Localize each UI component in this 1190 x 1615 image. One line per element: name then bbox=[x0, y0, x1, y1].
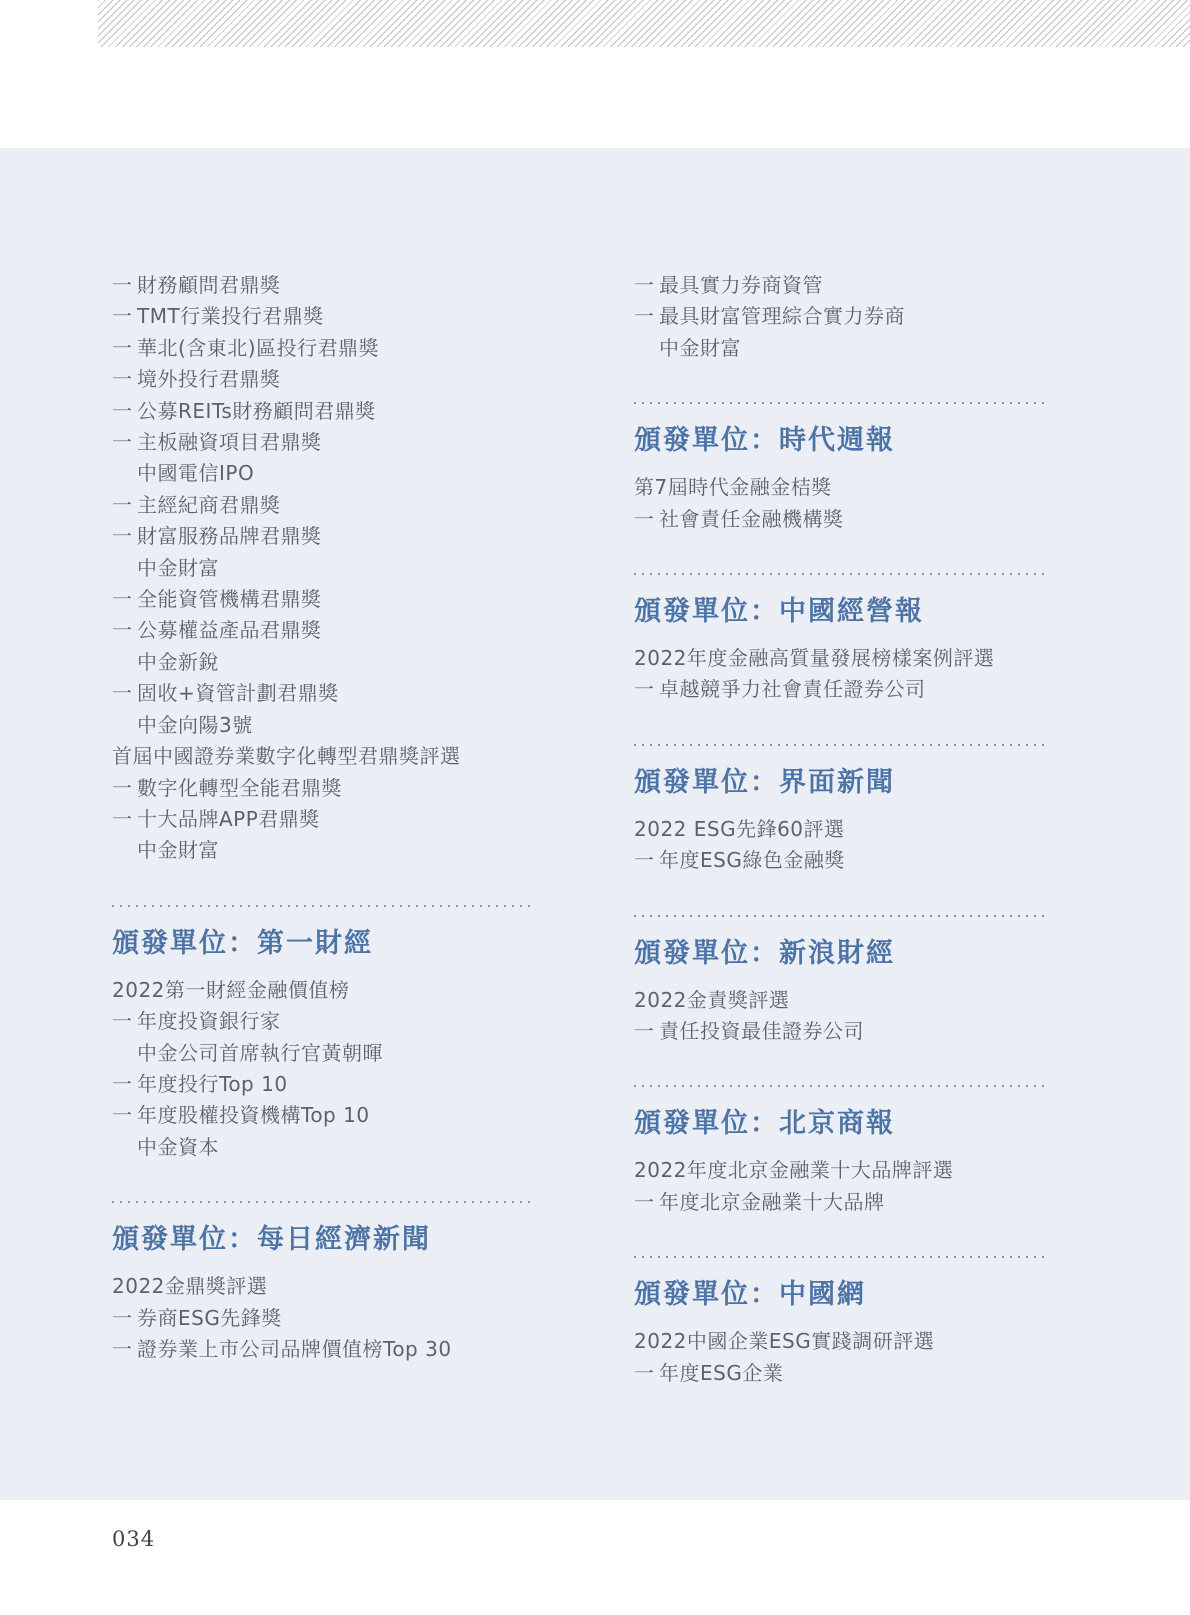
award-item-text: 證券業上市公司品牌價值榜Top 30 bbox=[137, 1334, 452, 1365]
award-item-text: 華北(含東北)區投行君鼎獎 bbox=[137, 333, 379, 364]
award-item-text: 2022年度北京金融業十大品牌評選 bbox=[634, 1155, 953, 1186]
dotted-separator bbox=[634, 915, 1050, 917]
award-item-text: 社會責任金融機構獎 bbox=[659, 504, 844, 535]
dash-bullet-icon: 一 bbox=[634, 1187, 659, 1218]
dash-bullet-icon: 一 bbox=[634, 674, 659, 705]
dash-bullet-icon: 一 bbox=[634, 845, 659, 876]
award-item: 一年度投行Top 10 bbox=[112, 1069, 534, 1100]
award-item-text: 境外投行君鼎獎 bbox=[137, 364, 281, 395]
award-item-text: 2022 ESG先鋒60評選 bbox=[634, 814, 845, 845]
award-item-text: 卓越競爭力社會責任證券公司 bbox=[659, 674, 926, 705]
award-item: 一年度投資銀行家 bbox=[112, 1006, 534, 1037]
dash-bullet-icon: 一 bbox=[634, 1016, 659, 1047]
award-item-text: 年度ESG企業 bbox=[659, 1358, 783, 1389]
award-item-text: 財富服務品牌君鼎獎 bbox=[137, 521, 322, 552]
dotted-separator bbox=[634, 1085, 1050, 1087]
section-heading: 頒發單位：中國經營報 bbox=[634, 595, 1050, 629]
award-list: 一財務顧問君鼎獎一TMT行業投行君鼎獎一華北(含東北)區投行君鼎獎一境外投行君鼎… bbox=[112, 270, 534, 867]
dash-bullet-icon: 一 bbox=[634, 1358, 659, 1389]
section-heading: 頒發單位：中國網 bbox=[634, 1278, 1050, 1312]
dash-bullet-icon: 一 bbox=[634, 270, 659, 301]
award-item: 2022年度北京金融業十大品牌評選 bbox=[634, 1155, 1050, 1186]
award-item-text: 年度ESG綠色金融獎 bbox=[659, 845, 845, 876]
award-item: 一公募REITs財務顧問君鼎獎 bbox=[112, 396, 534, 427]
award-item-text: 中金財富 bbox=[137, 553, 219, 584]
award-item: 一責任投資最佳證券公司 bbox=[634, 1016, 1050, 1047]
award-item: 一年度股權投資機構Top 10 bbox=[112, 1100, 534, 1131]
award-item-text: 中金資本 bbox=[137, 1132, 219, 1163]
award-item: 2022中國企業ESG實踐調研評選 bbox=[634, 1326, 1050, 1357]
award-list: 2022年度金融高質量發展榜樣案例評選一卓越競爭力社會責任證券公司 bbox=[634, 643, 1050, 706]
award-item-text: 固收+資管計劃君鼎獎 bbox=[137, 678, 339, 709]
award-item-text: 最具財富管理綜合實力券商 bbox=[659, 301, 905, 332]
award-item: 中國電信IPO bbox=[112, 458, 534, 489]
award-item-text: 十大品牌APP君鼎獎 bbox=[137, 804, 320, 835]
award-item-text: 公募權益產品君鼎獎 bbox=[137, 615, 322, 646]
award-item-text: 券商ESG先鋒獎 bbox=[137, 1303, 282, 1334]
award-item-text: 中金向陽3號 bbox=[137, 710, 253, 741]
dash-bullet-icon: 一 bbox=[112, 1069, 137, 1100]
award-item-text: 財務顧問君鼎獎 bbox=[137, 270, 281, 301]
award-item: 一年度ESG綠色金融獎 bbox=[634, 845, 1050, 876]
award-item-text: 年度股權投資機構Top 10 bbox=[137, 1100, 370, 1131]
award-item-text: 第7屆時代金融金桔獎 bbox=[634, 472, 832, 503]
award-item-text: 最具實力券商資管 bbox=[659, 270, 823, 301]
dotted-separator bbox=[634, 573, 1050, 575]
award-item: 一主板融資項目君鼎獎 bbox=[112, 427, 534, 458]
award-item-text: 2022金鼎獎評選 bbox=[112, 1271, 267, 1302]
award-item: 一財務顧問君鼎獎 bbox=[112, 270, 534, 301]
dash-bullet-icon: 一 bbox=[112, 270, 137, 301]
dotted-separator bbox=[634, 1256, 1050, 1258]
award-item-text: 年度投行Top 10 bbox=[137, 1069, 288, 1100]
dash-bullet-icon: 一 bbox=[112, 364, 137, 395]
award-item-text: 全能資管機構君鼎獎 bbox=[137, 584, 322, 615]
award-item: 一最具財富管理綜合實力券商 bbox=[634, 301, 1050, 332]
award-item: 一財富服務品牌君鼎獎 bbox=[112, 521, 534, 552]
dash-bullet-icon: 一 bbox=[634, 504, 659, 535]
award-item: 一卓越競爭力社會責任證券公司 bbox=[634, 674, 1050, 705]
section-heading: 頒發單位：界面新聞 bbox=[634, 766, 1050, 800]
diagonal-hatch-pattern bbox=[98, 0, 1190, 47]
award-item-text: 中金公司首席執行官黃朝暉 bbox=[137, 1038, 383, 1069]
award-item-text: TMT行業投行君鼎獎 bbox=[137, 301, 324, 332]
award-list: 2022年度北京金融業十大品牌評選一年度北京金融業十大品牌 bbox=[634, 1155, 1050, 1218]
section-heading: 頒發單位：北京商報 bbox=[634, 1107, 1050, 1141]
dash-bullet-icon: 一 bbox=[112, 1006, 137, 1037]
award-item: 2022第一財經金融價值榜 bbox=[112, 975, 534, 1006]
award-item-text: 中國電信IPO bbox=[137, 458, 254, 489]
award-item: 2022年度金融高質量發展榜樣案例評選 bbox=[634, 643, 1050, 674]
award-item-text: 責任投資最佳證券公司 bbox=[659, 1016, 864, 1047]
award-list: 2022中國企業ESG實踐調研評選一年度ESG企業 bbox=[634, 1326, 1050, 1389]
award-item: 2022金鼎獎評選 bbox=[112, 1271, 534, 1302]
award-item: 一華北(含東北)區投行君鼎獎 bbox=[112, 333, 534, 364]
page-number: 034 bbox=[112, 1527, 155, 1551]
award-item-text: 年度北京金融業十大品牌 bbox=[659, 1187, 885, 1218]
award-item: 一最具實力券商資管 bbox=[634, 270, 1050, 301]
award-item: 一數字化轉型全能君鼎獎 bbox=[112, 773, 534, 804]
section-heading: 頒發單位：第一財經 bbox=[112, 927, 534, 961]
awards-column-left: 一財務顧問君鼎獎一TMT行業投行君鼎獎一華北(含東北)區投行君鼎獎一境外投行君鼎… bbox=[112, 270, 534, 1365]
award-item: 一固收+資管計劃君鼎獎 bbox=[112, 678, 534, 709]
award-item-text: 公募REITs財務顧問君鼎獎 bbox=[137, 396, 376, 427]
award-list: 第7屆時代金融金桔獎一社會責任金融機構獎 bbox=[634, 472, 1050, 535]
section-heading: 頒發單位：每日經濟新聞 bbox=[112, 1223, 534, 1257]
dash-bullet-icon: 一 bbox=[112, 678, 137, 709]
award-item: 一社會責任金融機構獎 bbox=[634, 504, 1050, 535]
dash-bullet-icon: 一 bbox=[112, 804, 137, 835]
award-item-text: 年度投資銀行家 bbox=[137, 1006, 281, 1037]
dash-bullet-icon: 一 bbox=[112, 301, 137, 332]
award-item: 一年度北京金融業十大品牌 bbox=[634, 1187, 1050, 1218]
dash-bullet-icon: 一 bbox=[112, 584, 137, 615]
section-heading: 頒發單位：新浪財經 bbox=[634, 937, 1050, 971]
award-list: 2022金責獎評選一責任投資最佳證券公司 bbox=[634, 985, 1050, 1048]
dotted-separator bbox=[634, 402, 1050, 404]
awards-panel: 一財務顧問君鼎獎一TMT行業投行君鼎獎一華北(含東北)區投行君鼎獎一境外投行君鼎… bbox=[0, 148, 1190, 1500]
dash-bullet-icon: 一 bbox=[112, 333, 137, 364]
award-list: 2022第一財經金融價值榜一年度投資銀行家中金公司首席執行官黃朝暉一年度投行To… bbox=[112, 975, 534, 1163]
award-item: 一十大品牌APP君鼎獎 bbox=[112, 804, 534, 835]
award-item: 中金向陽3號 bbox=[112, 710, 534, 741]
dotted-separator bbox=[112, 1201, 534, 1203]
award-item: 一TMT行業投行君鼎獎 bbox=[112, 301, 534, 332]
dash-bullet-icon: 一 bbox=[112, 490, 137, 521]
award-item: 一證券業上市公司品牌價值榜Top 30 bbox=[112, 1334, 534, 1365]
dash-bullet-icon: 一 bbox=[112, 773, 137, 804]
award-item: 2022 ESG先鋒60評選 bbox=[634, 814, 1050, 845]
section-heading: 頒發單位：時代週報 bbox=[634, 424, 1050, 458]
award-item-text: 2022第一財經金融價值榜 bbox=[112, 975, 349, 1006]
dotted-separator bbox=[634, 744, 1050, 746]
award-item: 中金公司首席執行官黃朝暉 bbox=[112, 1038, 534, 1069]
award-list: 一最具實力券商資管一最具財富管理綜合實力券商中金財富 bbox=[634, 270, 1050, 364]
dash-bullet-icon: 一 bbox=[112, 1334, 137, 1365]
report-page: 一財務顧問君鼎獎一TMT行業投行君鼎獎一華北(含東北)區投行君鼎獎一境外投行君鼎… bbox=[0, 0, 1190, 1615]
award-item: 2022金責獎評選 bbox=[634, 985, 1050, 1016]
award-item-text: 數字化轉型全能君鼎獎 bbox=[137, 773, 342, 804]
award-item: 第7屆時代金融金桔獎 bbox=[634, 472, 1050, 503]
dash-bullet-icon: 一 bbox=[112, 615, 137, 646]
award-item: 首屆中國證券業數字化轉型君鼎獎評選 bbox=[112, 741, 534, 772]
award-item-text: 2022中國企業ESG實踐調研評選 bbox=[634, 1326, 934, 1357]
award-list: 2022金鼎獎評選一券商ESG先鋒獎一證券業上市公司品牌價值榜Top 30 bbox=[112, 1271, 534, 1365]
award-item: 一券商ESG先鋒獎 bbox=[112, 1303, 534, 1334]
dash-bullet-icon: 一 bbox=[112, 521, 137, 552]
award-item: 一境外投行君鼎獎 bbox=[112, 364, 534, 395]
award-item: 中金財富 bbox=[112, 553, 534, 584]
dash-bullet-icon: 一 bbox=[634, 301, 659, 332]
award-item: 中金財富 bbox=[634, 333, 1050, 364]
awards-column-right: 一最具實力券商資管一最具財富管理綜合實力券商中金財富頒發單位：時代週報第7屆時代… bbox=[634, 270, 1050, 1389]
award-item: 一年度ESG企業 bbox=[634, 1358, 1050, 1389]
award-item-text: 主板融資項目君鼎獎 bbox=[137, 427, 322, 458]
award-item-text: 首屆中國證券業數字化轉型君鼎獎評選 bbox=[112, 741, 461, 772]
award-item-text: 中金新銳 bbox=[137, 647, 219, 678]
award-item: 中金新銳 bbox=[112, 647, 534, 678]
award-list: 2022 ESG先鋒60評選一年度ESG綠色金融獎 bbox=[634, 814, 1050, 877]
award-item: 中金資本 bbox=[112, 1132, 534, 1163]
dash-bullet-icon: 一 bbox=[112, 396, 137, 427]
award-item-text: 中金財富 bbox=[137, 835, 219, 866]
dotted-separator bbox=[112, 905, 534, 907]
dash-bullet-icon: 一 bbox=[112, 427, 137, 458]
award-item: 中金財富 bbox=[112, 835, 534, 866]
award-item-text: 主經紀商君鼎獎 bbox=[137, 490, 281, 521]
award-item: 一公募權益產品君鼎獎 bbox=[112, 615, 534, 646]
dash-bullet-icon: 一 bbox=[112, 1100, 137, 1131]
dash-bullet-icon: 一 bbox=[112, 1303, 137, 1334]
award-item-text: 中金財富 bbox=[659, 333, 741, 364]
award-item-text: 2022金責獎評選 bbox=[634, 985, 789, 1016]
award-item-text: 2022年度金融高質量發展榜樣案例評選 bbox=[634, 643, 994, 674]
award-item: 一主經紀商君鼎獎 bbox=[112, 490, 534, 521]
award-item: 一全能資管機構君鼎獎 bbox=[112, 584, 534, 615]
